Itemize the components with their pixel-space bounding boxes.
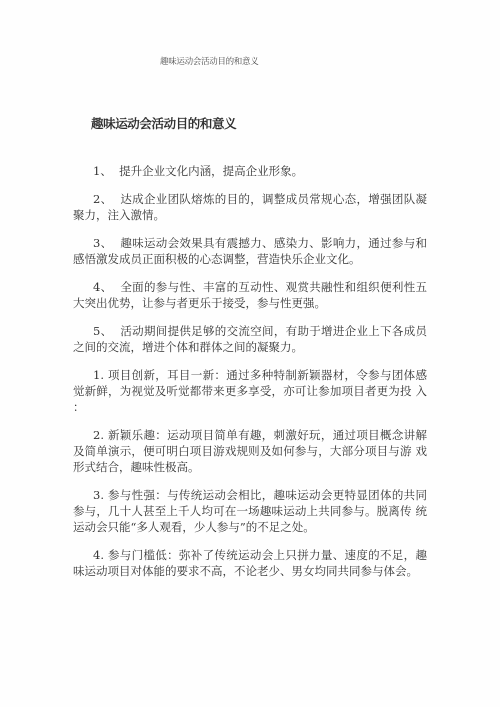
- document-title: 趣味运动会活动目的和意义: [91, 114, 236, 132]
- paragraph: 4. 参与门槛低：弥补了传统运动会上只拼力量、速度的不足，趣味运动项目对体能的要…: [73, 547, 427, 579]
- paragraph-line: 大突出优势，让参与者更乐于接受，参与性更强。: [73, 295, 427, 311]
- paragraph: 5、 活动期间提供足够的交流空间，有助于增进企业上下各成员之间的交流，增进个体和…: [73, 323, 427, 355]
- paragraph: 1. 项目创新，耳目一新：通过多种特制新颖器材，令参与团体感觉新鲜，为视觉及听觉…: [73, 367, 427, 415]
- paragraph-line: 参与，几十人甚至上千人均可在一场趣味运动上共同参与。脱离传 统: [73, 503, 427, 519]
- paragraph: 2. 新颖乐趣：运动项目简单有趣，刺激好玩，通过项目概念讲解及简单演示，便可明白…: [73, 427, 427, 475]
- paragraph-line: 3. 参与性强：与传统运动会相比，趣味运动会更特显团体的共同: [73, 487, 427, 503]
- document-body: 1、 提升企业文化内涵，提高企业形象。2、 达成企业团队熔炼的目的，调整成员常规…: [73, 163, 427, 591]
- paragraph-line: 形式结合，趣味性极高。: [73, 459, 427, 475]
- paragraph-line: 味运动项目对体能的要求不高，不论老少、男女均同共同参与体会。: [73, 563, 427, 579]
- paragraph-line: 3、 趣味运动会效果具有震撼力、感染力、影响力，通过参与和: [73, 235, 427, 251]
- paragraph-line: 1. 项目创新，耳目一新：通过多种特制新颖器材，令参与团体感: [73, 367, 427, 383]
- paragraph: 1、 提升企业文化内涵，提高企业形象。: [73, 163, 427, 179]
- paragraph-line: 聚力，注入激情。: [73, 207, 427, 223]
- running-header: 趣味运动会活动目的和意义: [160, 55, 258, 67]
- paragraph-line: 之间的交流，增进个体和群体之间的凝聚力。: [73, 339, 427, 355]
- paragraph: 2、 达成企业团队熔炼的目的，调整成员常规心态，增强团队凝聚力，注入激情。: [73, 191, 427, 223]
- paragraph-line: 2. 新颖乐趣：运动项目简单有趣，刺激好玩，通过项目概念讲解: [73, 427, 427, 443]
- paragraph-line: 运动会只能“多人观看，少人参与”的不足之处。: [73, 519, 427, 535]
- paragraph-line: 2、 达成企业团队熔炼的目的，调整成员常规心态，增强团队凝: [73, 191, 427, 207]
- paragraph-line: 及简单演示，便可明白项目游戏规则及如何参与，大部分项目与游 戏: [73, 443, 427, 459]
- paragraph-line: 觉新鲜，为视觉及听觉都带来更多享受，亦可让参加项目者更为投 入: [73, 383, 427, 399]
- paragraph: 3、 趣味运动会效果具有震撼力、感染力、影响力，通过参与和感悟激发成员正面积极的…: [73, 235, 427, 267]
- paragraph-line: ：: [73, 399, 427, 415]
- paragraph: 4、 全面的参与性、丰富的互动性、观赏共融性和组织便利性五大突出优势，让参与者更…: [73, 279, 427, 311]
- document-page: 趣味运动会活动目的和意义 趣味运动会活动目的和意义 1、 提升企业文化内涵，提高…: [0, 0, 500, 707]
- paragraph-line: 感悟激发成员正面积极的心态调整，营造快乐企业文化。: [73, 251, 427, 267]
- paragraph: 3. 参与性强：与传统运动会相比，趣味运动会更特显团体的共同参与，几十人甚至上千…: [73, 487, 427, 535]
- paragraph-line: 5、 活动期间提供足够的交流空间，有助于增进企业上下各成员: [73, 323, 427, 339]
- paragraph-line: 4. 参与门槛低：弥补了传统运动会上只拼力量、速度的不足，趣: [73, 547, 427, 563]
- paragraph-line: 4、 全面的参与性、丰富的互动性、观赏共融性和组织便利性五: [73, 279, 427, 295]
- paragraph-line: 1、 提升企业文化内涵，提高企业形象。: [73, 163, 427, 179]
